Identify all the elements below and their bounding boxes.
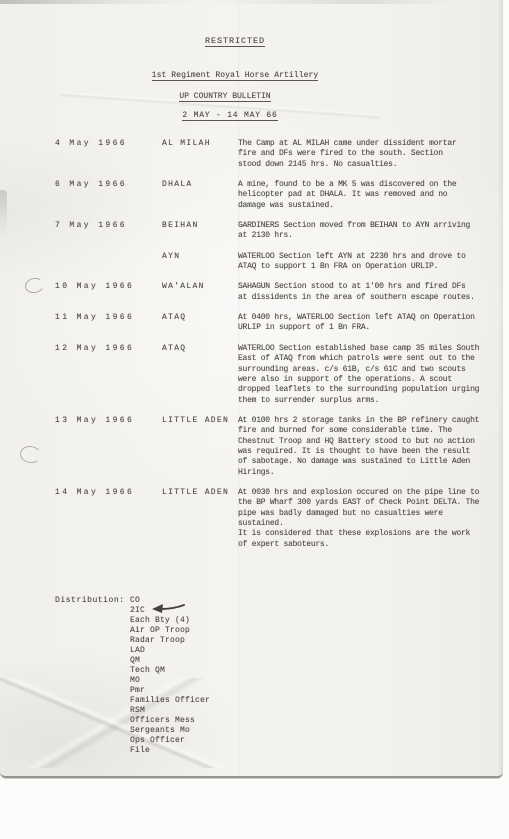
distribution-label: Distribution: xyxy=(55,596,130,756)
distribution-item: Tech QM xyxy=(130,666,210,676)
date-range: 2 MAY - 14 MAY 66 xyxy=(0,111,465,121)
bulletin-entry-row: 13 May 1966 LITTLE ADEN At 0100 hrs 2 st… xyxy=(55,416,492,478)
entry-location: ATAQ xyxy=(162,344,238,406)
pen-circle-mark xyxy=(19,445,42,465)
entry-description: A mine, found to be a MK 5 was discovere… xyxy=(238,180,492,211)
bulletin-title: UP COUNTRY BULLETIN xyxy=(0,92,460,102)
entry-location: ATAQ xyxy=(162,313,238,334)
distribution-item: File xyxy=(130,746,210,756)
bulletin-entry-row: 4 May 1966 AL MILAH The Camp at AL MILAH… xyxy=(55,139,492,170)
entry-location: AL MILAH xyxy=(162,139,238,170)
entry-description: The Camp at AL MILAH came under dissiden… xyxy=(238,139,492,170)
distribution-item: Pmr xyxy=(130,686,210,696)
entry-date xyxy=(55,252,162,273)
entry-location: LITTLE ADEN xyxy=(162,488,238,550)
distribution-item: Radar Troop xyxy=(130,636,210,646)
classification-text: RESTRICTED xyxy=(205,37,265,47)
date-range-text: 2 MAY - 14 MAY 66 xyxy=(182,111,277,121)
entry-date: 4 May 1966 xyxy=(55,139,162,170)
regiment-title-text: 1st Regiment Royal Horse Artillery xyxy=(152,71,319,81)
distribution-item: QM xyxy=(130,656,210,666)
entry-description: WATERLOO Section established base camp 3… xyxy=(238,344,492,406)
distribution-item: Each Bty (4) xyxy=(130,616,210,626)
entry-description: WATERLOO Section left AYN at 2230 hrs an… xyxy=(238,252,492,273)
entry-date: 6 May 1966 xyxy=(55,180,162,211)
document-page: RESTRICTED 1st Regiment Royal Horse Arti… xyxy=(0,0,503,778)
distribution-item: RSM xyxy=(130,706,210,716)
bulletin-entries: 4 May 1966 AL MILAH The Camp at AL MILAH… xyxy=(55,139,492,560)
bulletin-title-text: UP COUNTRY BULLETIN xyxy=(179,92,270,102)
scanned-document-background: { "header": { "classification": "RESTRIC… xyxy=(0,0,509,839)
entry-description: At 0030 hrs and explosion occured on the… xyxy=(238,488,492,550)
entry-location: LITTLE ADEN xyxy=(162,416,238,478)
bulletin-entry-row: AYN WATERLOO Section left AYN at 2230 hr… xyxy=(55,252,492,273)
entry-location: DHALA xyxy=(162,180,238,211)
entry-date: 10 May 1966 xyxy=(55,282,162,303)
distribution-item: Families Officer xyxy=(130,696,210,706)
entry-description: GARDINERS Section moved from BEIHAN to A… xyxy=(238,221,492,242)
classification-banner: RESTRICTED xyxy=(0,36,470,47)
pen-circle-mark xyxy=(24,276,46,295)
entry-date: 12 May 1966 xyxy=(55,344,162,406)
bulletin-entry-row: 11 May 1966 ATAQ At 0400 hrs, WATERLOO S… xyxy=(55,313,492,334)
bulletin-entry-row: 6 May 1966 DHALA A mine, found to be a M… xyxy=(55,180,492,211)
distribution-item: Ops Officer xyxy=(130,736,210,746)
entry-location: AYN xyxy=(162,252,238,273)
bulletin-entry-row: 7 May 1966 BEIHAN GARDINERS Section move… xyxy=(55,221,492,242)
distribution-item: LAD xyxy=(130,646,210,656)
distribution-item: Air OP Troop xyxy=(130,626,210,636)
distribution-list: CO 2IC Each Bty (4) Air OP Troop Radar T… xyxy=(130,596,210,756)
entry-description: At 0100 hrs 2 storage tanks in the BP re… xyxy=(238,416,492,478)
entry-location: WA'ALAN xyxy=(162,282,238,303)
distribution-item: Officers Mess xyxy=(130,716,210,726)
distribution-block: Distribution: CO 2IC Each Bty (4) Air OP… xyxy=(55,596,210,756)
entry-date: 7 May 1966 xyxy=(55,221,162,242)
entry-location: BEIHAN xyxy=(162,221,238,242)
entry-description: At 0400 hrs, WATERLOO Section left ATAQ … xyxy=(238,313,492,334)
entry-date: 13 May 1966 xyxy=(55,416,162,478)
entry-date: 14 May 1966 xyxy=(55,488,162,550)
regiment-title: 1st Regiment Royal Horse Artillery xyxy=(0,71,470,81)
left-edge-smudge xyxy=(0,190,7,236)
distribution-item: Sergeants Mo xyxy=(130,726,210,736)
entry-date: 11 May 1966 xyxy=(55,313,162,334)
handwritten-arrow-icon xyxy=(150,601,186,616)
distribution-item: MO xyxy=(130,676,210,686)
bulletin-entry-row: 10 May 1966 WA'ALAN SAHAGUN Section stoo… xyxy=(55,282,492,303)
bulletin-entry-row: 12 May 1966 ATAQ WATERLOO Section establ… xyxy=(55,344,492,406)
bulletin-entry-row: 14 May 1966 LITTLE ADEN At 0030 hrs and … xyxy=(55,488,492,550)
entry-description: SAHAGUN Section stood to at 1'00 hrs and… xyxy=(238,282,492,303)
